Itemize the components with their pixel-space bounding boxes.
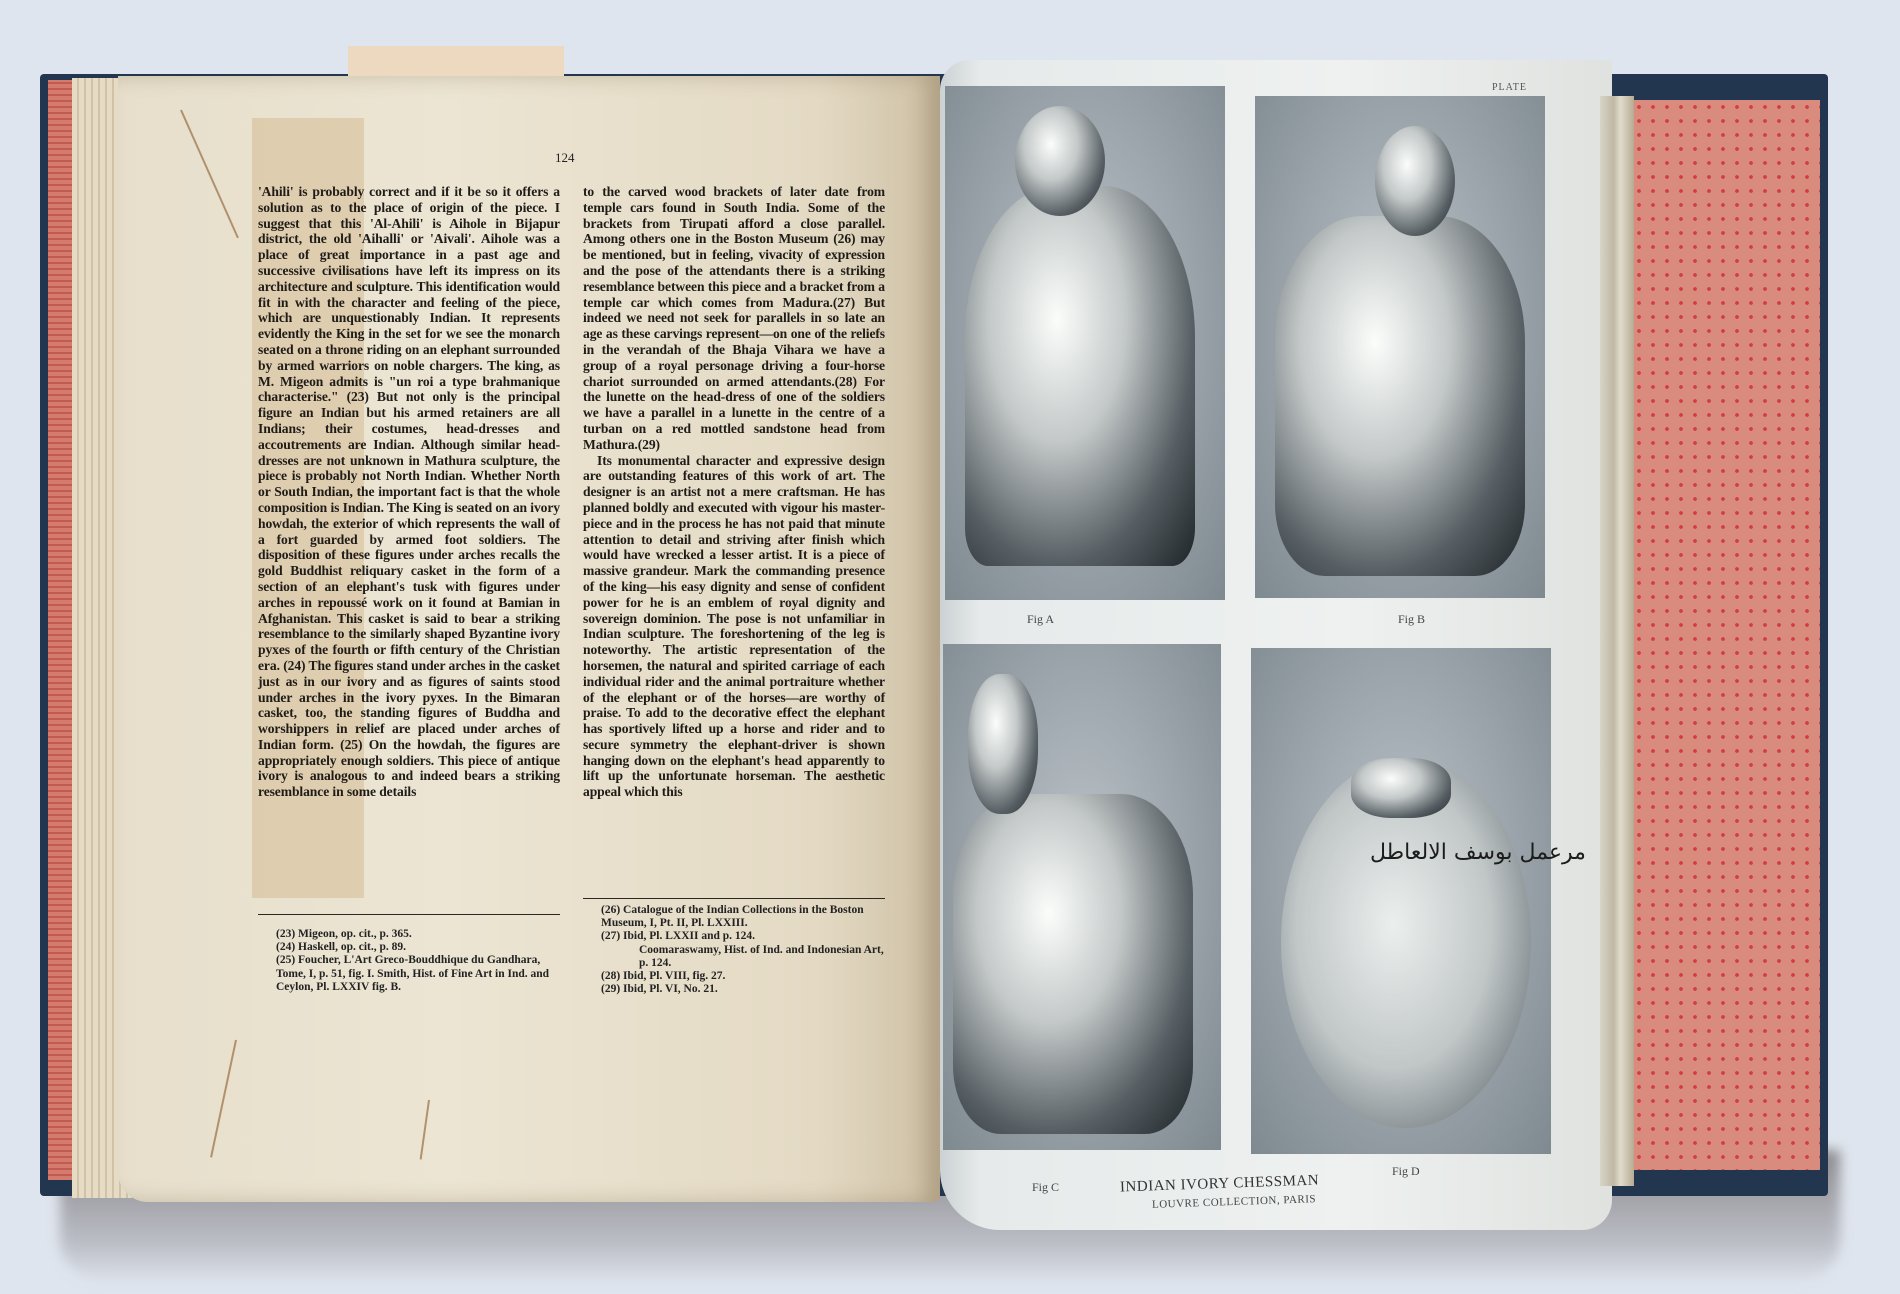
- footnote: (25) Foucher, L'Art Greco-Bouddhique du …: [258, 954, 560, 994]
- footnote: (23) Migeon, op. cit., p. 365.: [258, 928, 560, 941]
- footnote: (27) Ibid, Pl. LXXII and p. 124.: [583, 930, 885, 943]
- figure-d-caption: Fig D: [1392, 1164, 1420, 1179]
- figure-c-caption: Fig C: [1032, 1180, 1059, 1195]
- footnote: (29) Ibid, Pl. VI, No. 21.: [583, 983, 885, 996]
- footnote: (26) Catalogue of the Indian Collections…: [583, 904, 885, 930]
- paragraph: to the carved wood brackets of later dat…: [583, 184, 885, 453]
- plate-label: PLATE: [1492, 82, 1527, 93]
- footnotes-column-2: (26) Catalogue of the Indian Collections…: [583, 904, 885, 996]
- paragraph: 'Ahili' is probably correct and if it be…: [258, 184, 560, 800]
- footnote: (28) Ibid, Pl. VIII, fig. 27.: [583, 970, 885, 983]
- text-column-1: 'Ahili' is probably correct and if it be…: [258, 184, 560, 800]
- footnote-divider: [583, 898, 885, 899]
- paper-slip: [348, 46, 564, 80]
- figure-b-caption: Fig B: [1398, 612, 1425, 627]
- footnote: Coomaraswamy, Hist. of Ind. and Indonesi…: [583, 944, 885, 970]
- arabic-inscription: مرعمل بوسف الالعاطل: [1370, 840, 1586, 865]
- footnotes-column-1: (23) Migeon, op. cit., p. 365. (24) Hask…: [258, 928, 560, 994]
- right-endpaper-cloth: [1632, 100, 1820, 1170]
- page-number: 124: [555, 150, 575, 166]
- figure-d-photo: [1251, 648, 1551, 1154]
- figure-a-photo: [945, 86, 1225, 600]
- footnote-divider: [258, 914, 560, 915]
- figure-c-photo: [943, 644, 1221, 1150]
- figure-a-caption: Fig A: [1027, 612, 1054, 627]
- footnote: (24) Haskell, op. cit., p. 89.: [258, 941, 560, 954]
- book-gutter: [1600, 96, 1634, 1186]
- left-endpaper-cloth: [48, 80, 72, 1180]
- text-column-2: to the carved wood brackets of later dat…: [583, 184, 885, 800]
- figure-b-photo: [1255, 96, 1545, 598]
- paragraph: Its monumental character and expressive …: [583, 453, 885, 801]
